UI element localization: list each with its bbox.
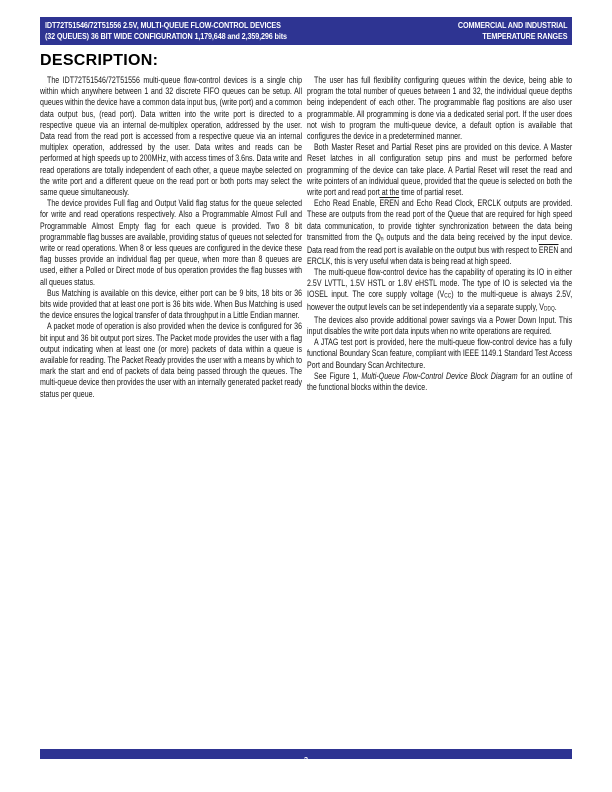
header-temp-line2: TEMPERATURE RANGES (457, 31, 567, 42)
datasheet-page: IDT72T51546/72T51556 2.5V, MULTI-QUEUE F… (0, 0, 612, 792)
paragraph: Bus Matching is available on this device… (40, 288, 302, 322)
section-title: DESCRIPTION: (40, 52, 158, 70)
header-device-line1: IDT72T51546/72T51556 2.5V, MULTI-QUEUE F… (45, 20, 287, 31)
paragraph: See Figure 1, Multi-Queue Flow-Control D… (307, 371, 572, 393)
page-number: 2 (304, 755, 308, 765)
header-temp-range: COMMERCIAL AND INDUSTRIAL TEMPERATURE RA… (457, 20, 567, 42)
header-device-line2: (32 QUEUES) 36 BIT WIDE CONFIGURATION 1,… (45, 31, 287, 42)
paragraph: The IDT72T51546/72T51556 multi-queue flo… (40, 75, 302, 198)
right-text-column: The user has full flexibility configurin… (307, 75, 572, 393)
paragraph: A packet mode of operation is also provi… (40, 321, 302, 399)
paragraph: The user has full flexibility configurin… (307, 75, 572, 142)
page-footer-bar: 2 (40, 749, 572, 759)
left-text-column: The IDT72T51546/72T51556 multi-queue flo… (40, 75, 302, 400)
paragraph: The multi-queue flow-control device has … (307, 267, 572, 315)
header-device-title: IDT72T51546/72T51556 2.5V, MULTI-QUEUE F… (45, 20, 287, 42)
paragraph: Echo Read Enable, EREN and Echo Read Clo… (307, 198, 572, 267)
paragraph: The device provides Full flag and Output… (40, 198, 302, 288)
paragraph: The devices also provide additional powe… (307, 315, 572, 337)
paragraph: Both Master Reset and Partial Reset pins… (307, 142, 572, 198)
header-temp-line1: COMMERCIAL AND INDUSTRIAL (457, 20, 567, 31)
paragraph: A JTAG test port is provided, here the m… (307, 337, 572, 371)
page-header-bar: IDT72T51546/72T51556 2.5V, MULTI-QUEUE F… (40, 17, 572, 45)
